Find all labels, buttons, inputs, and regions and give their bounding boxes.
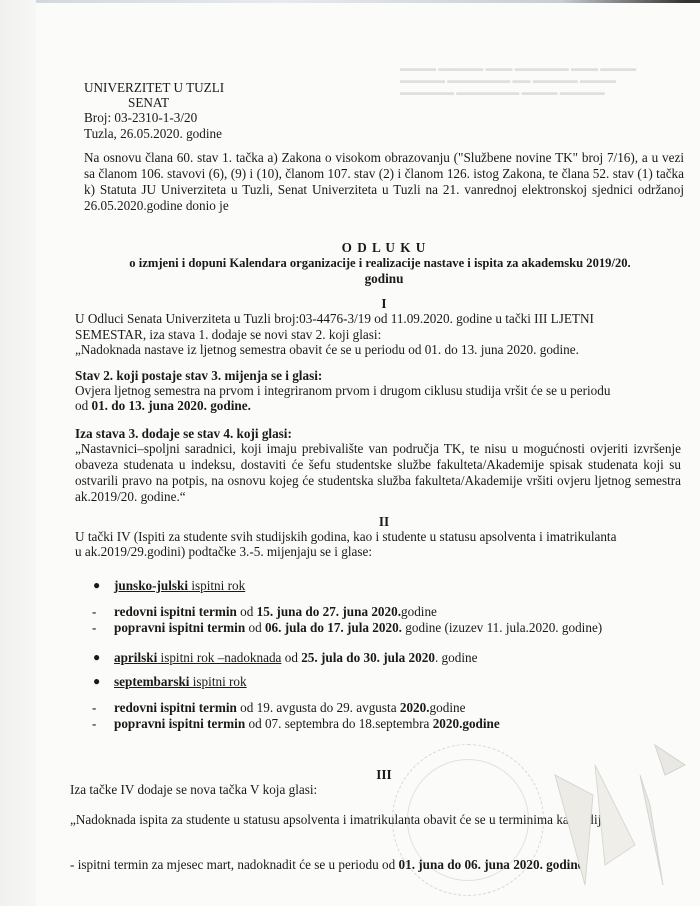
scan-edge: [0, 0, 700, 3]
bleed-through: ▬▬▬▬ ▬▬▬▬▬ ▬▬▬ ▬▬▬▬▬▬ ▬▬▬ ▬▬▬▬▬▬▬▬▬ ▬▬▬▬…: [400, 62, 690, 98]
section-ii-numeral: II: [84, 514, 684, 530]
stav4-heading: Iza stava 3. dodaje se stav 4. koji glas…: [75, 426, 292, 442]
bullet-icon: ●: [93, 650, 100, 665]
stav2-line2-dates: 01. do 13. juna 2020. godine.: [91, 398, 250, 413]
scan-margin: [0, 0, 36, 906]
dash-marker: -: [92, 700, 96, 716]
document-page: ▬▬▬▬ ▬▬▬▬▬ ▬▬▬ ▬▬▬▬▬▬ ▬▬▬ ▬▬▬▬▬▬▬▬▬ ▬▬▬▬…: [0, 0, 700, 906]
section-ii-line1: U tački IV (Ispiti za studente svih stud…: [75, 529, 616, 545]
bullet-icon: ●: [93, 578, 100, 593]
dash-marker: -: [92, 604, 96, 620]
bullet-icon: ●: [93, 674, 100, 689]
document-number: Broj: 03-2310-1-3/20: [84, 110, 197, 126]
stav2-heading: Stav 2. koji postaje stav 3. mijenja se …: [75, 368, 322, 384]
section-ii-line2: u ak.2019/29.godini) podtačke 3.-5. mije…: [75, 544, 372, 560]
official-stamp: [392, 744, 544, 896]
section-i-line2: SEMESTAR, iza stava 1. dodaje se novi st…: [75, 327, 381, 343]
decision-subtitle-cont: godinu: [84, 271, 684, 287]
exam-period-heading: junsko-julski ispitni rok: [114, 578, 245, 594]
preamble: Na osnovu člana 60. stav 1. tačka a) Zak…: [84, 150, 684, 214]
section-i-numeral: I: [84, 296, 684, 312]
stav2-line2: od 01. do 13. juna 2020. godine.: [75, 398, 251, 414]
section-iii-line1: Iza tačke IV dodaje se nova tačka V koja…: [70, 782, 317, 798]
section-iii-item-text: - ispitni termin za mjesec mart, nadokna…: [70, 857, 399, 872]
dash-marker: -: [92, 716, 96, 732]
stav2-line1: Ovjera ljetnog semestra na prvom i integ…: [75, 383, 610, 399]
stav4-text: „Nastavnici–spoljni saradnici, koji imaj…: [75, 441, 681, 505]
section-i-line3: „Nadoknada nastave iz ljetnog semestra o…: [75, 342, 579, 358]
signature-mark: [545, 735, 695, 905]
exam-term-line: redovni ispitni termin od 15. juna do 27…: [114, 604, 437, 620]
exam-term-line: popravni ispitni termin od 07. septembra…: [114, 716, 500, 732]
exam-term-line: popravni ispitni termin od 06. jula do 1…: [114, 620, 602, 636]
place-date: Tuzla, 26.05.2020. godine: [84, 126, 222, 142]
exam-period-heading: septembarski ispitni rok: [114, 674, 247, 690]
decision-subtitle: o izmjeni i dopuni Kalendara organizacij…: [70, 255, 690, 271]
exam-term-line: redovni ispitni termin od 19. avgusta do…: [114, 700, 465, 716]
decision-title: O D L U K U: [84, 240, 684, 256]
stav2-line2-prefix: od: [75, 398, 91, 413]
dash-marker: -: [92, 620, 96, 636]
exam-period-heading: aprilski ispitni rok –nadoknada od 25. j…: [114, 650, 477, 666]
senate-label: SENAT: [128, 95, 169, 111]
institution-name: UNIVERZITET U TUZLI: [84, 80, 224, 96]
section-i-line1: U Odluci Senata Univerziteta u Tuzli bro…: [75, 311, 594, 327]
